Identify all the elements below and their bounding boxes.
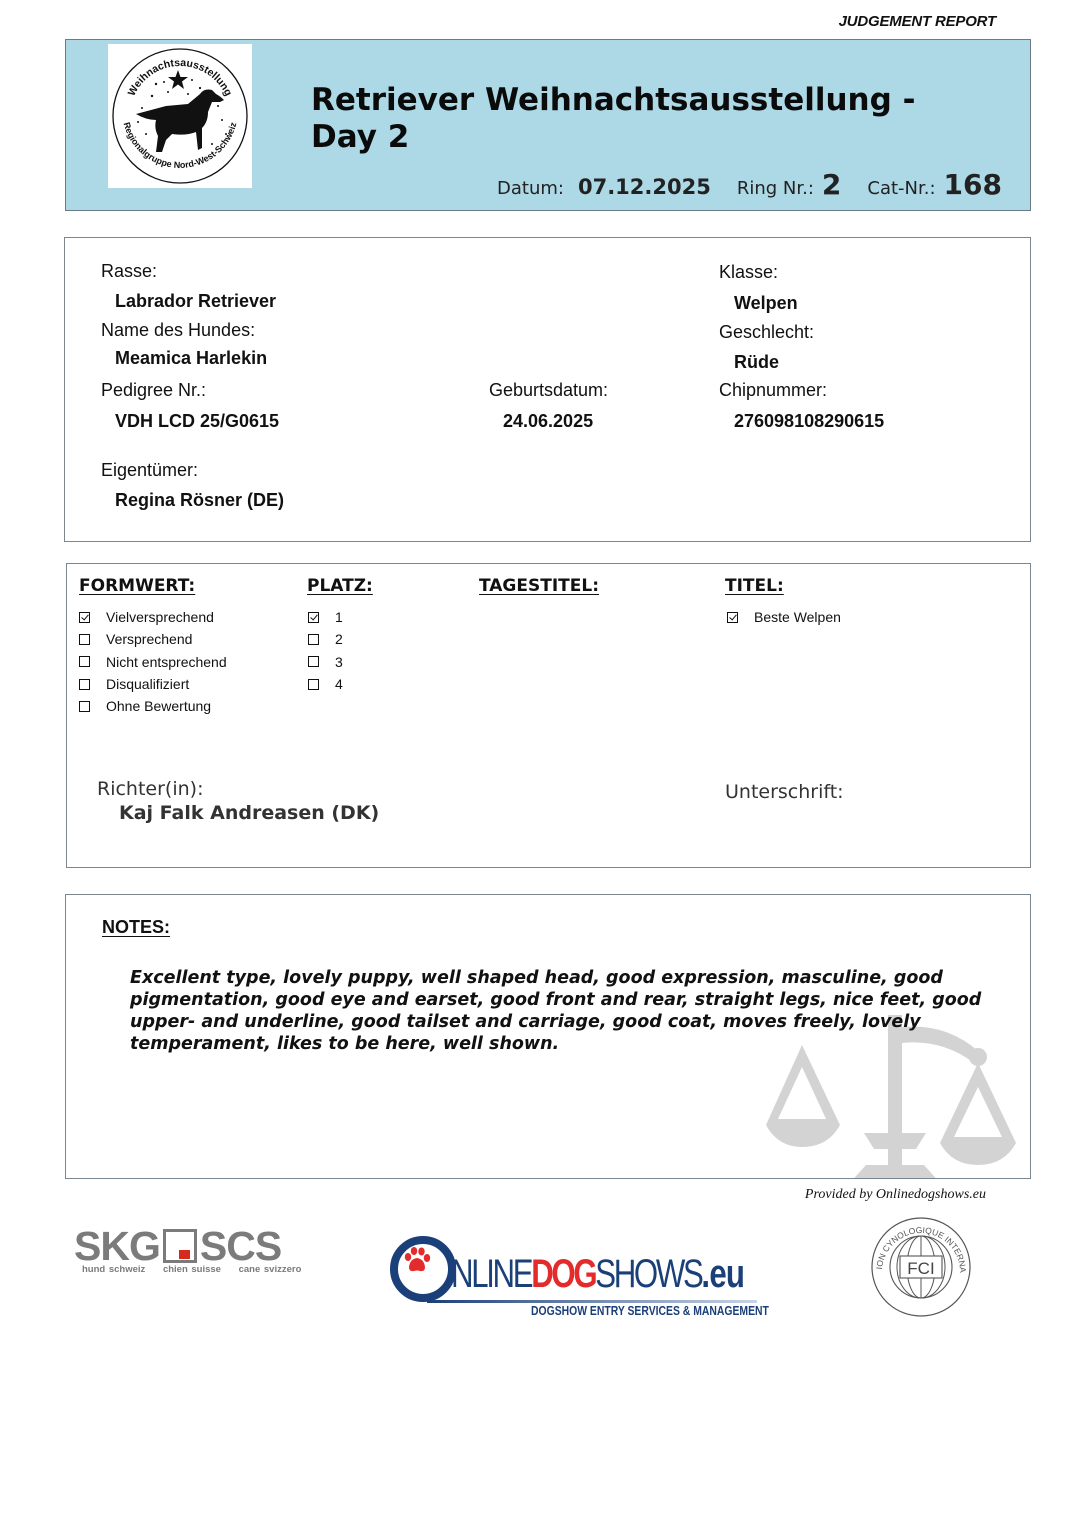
formwert-option[interactable]: Ohne Bewertung — [79, 695, 227, 717]
ods-shows: SHOWS — [595, 1252, 701, 1296]
formwert-heading: FORMWERT: — [79, 576, 195, 596]
formwert-option-label: Disqualifiziert — [106, 676, 189, 692]
platz-option-label: 4 — [335, 676, 343, 692]
platz-heading: PLATZ: — [307, 576, 373, 596]
fci-logo: FCI FEDERATION CYNOLOGIQUE INTERNATIONAL… — [870, 1216, 972, 1318]
unchecked-checkbox-icon[interactable] — [79, 679, 90, 690]
geburtsdatum-value: 24.06.2025 — [503, 411, 593, 432]
checked-checkbox-icon[interactable] — [727, 612, 738, 623]
platz-option[interactable]: 3 — [308, 651, 343, 673]
titel-options: Beste Welpen — [727, 606, 841, 628]
formwert-option[interactable]: Nicht entsprechend — [79, 651, 227, 673]
platz-options: 1234 — [308, 606, 343, 695]
unchecked-checkbox-icon[interactable] — [308, 656, 319, 667]
event-meta: Datum: 07.12.2025 Ring Nr.: 2 Cat-Nr.: 1… — [497, 168, 1002, 201]
notes-heading: NOTES: — [102, 917, 170, 938]
report-type-label: JUDGEMENT REPORT — [839, 13, 996, 30]
klasse-label: Klasse: — [719, 262, 778, 283]
judging-result-section: FORMWERT: VielversprechendVersprechendNi… — [66, 563, 1031, 868]
ods-eu: .eu — [701, 1252, 744, 1296]
provided-by-text: Provided by Onlinedogshows.eu — [805, 1187, 986, 1203]
ods-wordmark: NLINEDOGSHOWS.eu — [451, 1254, 744, 1294]
swiss-doghouse-icon — [163, 1229, 197, 1263]
geburtsdatum-label: Geburtsdatum: — [489, 380, 608, 401]
datum-value: 07.12.2025 — [578, 175, 711, 199]
dog-name-label: Name des Hundes: — [101, 320, 255, 341]
formwert-option[interactable]: Versprechend — [79, 628, 227, 650]
chip-value: 276098108290615 — [734, 411, 884, 432]
scs-text: SCS — [200, 1226, 281, 1266]
platz-option[interactable]: 2 — [308, 628, 343, 650]
paw-icon — [403, 1246, 431, 1274]
formwert-option[interactable]: Vielversprechend — [79, 606, 227, 628]
titel-option[interactable]: Beste Welpen — [727, 606, 841, 628]
formwert-option-label: Versprechend — [106, 631, 192, 647]
formwert-options: VielversprechendVersprechendNicht entspr… — [79, 606, 227, 717]
cat-label: Cat-Nr.: — [867, 178, 935, 199]
skg-scs-logo: SKG SCS hund schweiz chien suisse cane s… — [74, 1226, 302, 1278]
club-logo: Weihnachtsausstellung Regionalgruppe Nor… — [108, 44, 252, 188]
unchecked-checkbox-icon[interactable] — [79, 701, 90, 712]
richter-value: Kaj Falk Andreasen (DK) — [119, 802, 379, 824]
eigentuemer-value: Regina Rösner (DE) — [115, 490, 284, 511]
skg-sub-fr: chien suisse — [163, 1264, 221, 1275]
tagestitel-heading: TAGESTITEL: — [479, 576, 599, 596]
formwert-option-label: Vielversprechend — [106, 609, 214, 625]
skg-text: SKG — [74, 1226, 160, 1266]
event-header: Weihnachtsausstellung Regionalgruppe Nor… — [65, 39, 1031, 211]
svg-text:FCI: FCI — [907, 1259, 934, 1278]
retriever-dog-silhouette-icon: Weihnachtsausstellung Regionalgruppe Nor… — [108, 44, 252, 188]
skg-sub-de: hund schweiz — [82, 1264, 145, 1275]
dog-details-section: Rasse: Labrador Retriever Name des Hunde… — [64, 237, 1031, 542]
eigentuemer-label: Eigentümer: — [101, 460, 198, 481]
datum-label: Datum: — [497, 178, 564, 199]
checked-checkbox-icon[interactable] — [308, 612, 319, 623]
unterschrift-label: Unterschrift: — [725, 781, 844, 803]
event-title: Retriever Weihnachtsausstellung - Day 2 — [311, 82, 991, 156]
chip-label: Chipnummer: — [719, 380, 827, 401]
checked-checkbox-icon[interactable] — [79, 612, 90, 623]
ods-tagline: DOGSHOW ENTRY SERVICES & MANAGEMENT — [531, 1303, 769, 1318]
cat-value: 168 — [944, 168, 1002, 201]
titel-heading: TITEL: — [725, 576, 784, 596]
formwert-option-label: Ohne Bewertung — [106, 698, 211, 714]
unchecked-checkbox-icon[interactable] — [79, 634, 90, 645]
platz-option[interactable]: 4 — [308, 673, 343, 695]
ods-nline: NLINE — [451, 1252, 531, 1296]
formwert-option[interactable]: Disqualifiziert — [79, 673, 227, 695]
platz-option-label: 2 — [335, 631, 343, 647]
dog-name-value: Meamica Harlekin — [115, 348, 267, 369]
unchecked-checkbox-icon[interactable] — [308, 634, 319, 645]
richter-label: Richter(in): — [97, 778, 203, 800]
rasse-value: Labrador Retriever — [115, 291, 276, 312]
titel-option-label: Beste Welpen — [754, 609, 841, 625]
notes-section: NOTES: Excellent type, lovely puppy, wel… — [65, 894, 1031, 1179]
onlinedogshows-logo: NLINEDOGSHOWS.eu DOGSHOW ENTRY SERVICES … — [389, 1234, 759, 1320]
platz-option[interactable]: 1 — [308, 606, 343, 628]
unchecked-checkbox-icon[interactable] — [79, 656, 90, 667]
notes-text: Excellent type, lovely puppy, well shape… — [130, 967, 1010, 1055]
skg-sub-it: cane svizzero — [239, 1264, 302, 1275]
platz-option-label: 3 — [335, 654, 343, 670]
pedigree-value: VDH LCD 25/G0615 — [115, 411, 279, 432]
klasse-value: Welpen — [734, 293, 798, 314]
pedigree-label: Pedigree Nr.: — [101, 380, 206, 401]
ring-label: Ring Nr.: — [737, 178, 814, 199]
geschlecht-label: Geschlecht: — [719, 322, 814, 343]
unchecked-checkbox-icon[interactable] — [308, 679, 319, 690]
platz-option-label: 1 — [335, 609, 343, 625]
ring-value: 2 — [822, 168, 841, 201]
ods-dog: DOG — [531, 1252, 595, 1296]
rasse-label: Rasse: — [101, 261, 157, 282]
formwert-option-label: Nicht entsprechend — [106, 654, 227, 670]
geschlecht-value: Rüde — [734, 352, 779, 373]
